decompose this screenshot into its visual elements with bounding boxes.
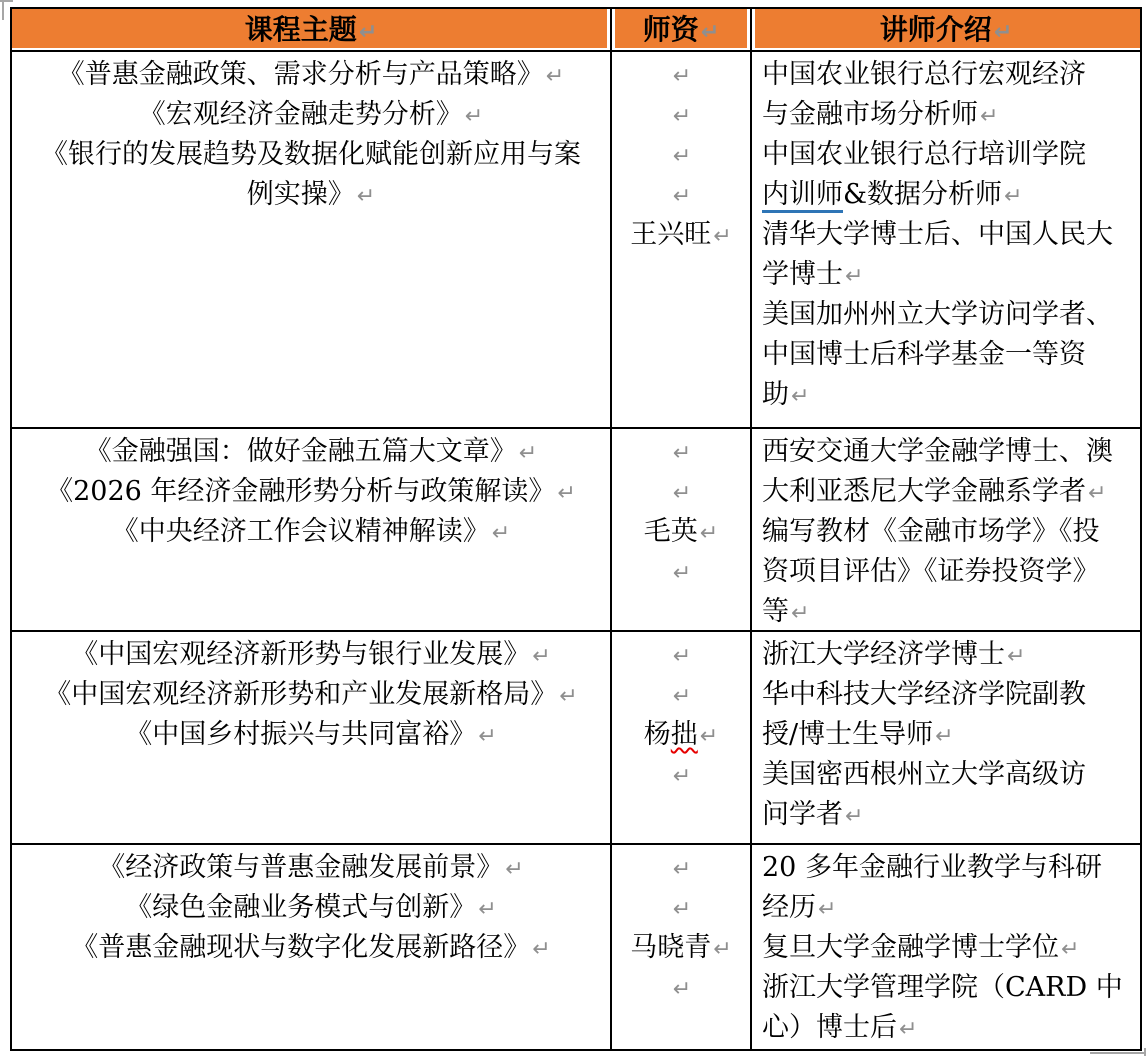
- text-segment: 心）博士后: [762, 1012, 897, 1043]
- paragraph-mark-icon: ↵: [845, 804, 863, 829]
- header-label-topics: 课程主题: [245, 13, 357, 46]
- text-segment: 《中央经济工作会议精神解读》: [112, 516, 490, 547]
- text-line: ↵: [612, 635, 750, 675]
- paragraph-mark-icon: ↵: [700, 521, 718, 546]
- paragraph-mark-icon: ↵: [478, 897, 496, 922]
- paragraph-mark-icon: ↵: [673, 184, 691, 209]
- paragraph-mark-icon: ↵: [357, 184, 375, 209]
- paragraph-mark-icon: ↵: [1061, 937, 1079, 962]
- text-line: 中国博士后科学基金一等资: [762, 335, 1134, 375]
- paragraph-mark-icon: ↵: [713, 224, 731, 249]
- text-line: 中国农业银行总行培训学院: [762, 135, 1134, 175]
- text-line: 等↵: [762, 592, 1134, 630]
- text-segment: 复旦大学金融学博士学位: [762, 932, 1059, 963]
- text-line: 助↵: [762, 375, 1134, 415]
- intro-cell[interactable]: 西安交通大学金融学博士、澳大利亚悉尼大学金融系学者↵编写教材《金融市场学》《投资…: [752, 429, 1140, 630]
- paragraph-mark-icon: ↵: [673, 144, 691, 169]
- text-segment: 《中国宏观经济新形势和产业发展新格局》: [44, 679, 557, 710]
- paragraph-mark-icon: ↵: [673, 104, 691, 129]
- text-segment: 中国农业银行总行培训学院: [762, 139, 1086, 170]
- text-line: 清华大学博士后、中国人民大: [762, 215, 1134, 255]
- text-line: 心）博士后↵: [762, 1008, 1134, 1048]
- text-segment: 美国加州州立大学访问学者、: [762, 299, 1113, 330]
- text-line: 《中国宏观经济新形势和产业发展新格局》↵: [12, 675, 610, 715]
- text-line: 《中国宏观经济新形势与银行业发展》↵: [12, 635, 610, 675]
- text-segment: 马晓青: [630, 932, 711, 963]
- text-segment: 《绿色金融业务模式与创新》: [125, 892, 476, 923]
- text-line: 经历↵: [762, 888, 1134, 928]
- paragraph-mark-icon: ↵: [673, 481, 691, 506]
- text-segment: 《普惠金融现状与数字化发展新路径》: [71, 932, 530, 963]
- paragraph-mark-icon: ↵: [1088, 481, 1106, 506]
- paragraph-mark-icon: ↵: [994, 20, 1012, 45]
- text-line: 浙江大学经济学博士↵: [762, 635, 1134, 675]
- text-segment: 《2026 年经济金融形势分析与政策解读》: [46, 476, 555, 507]
- text-line: 华中科技大学经济学院副教: [762, 675, 1134, 715]
- paragraph-mark-icon: ↵: [465, 104, 483, 129]
- text-line: ↵: [612, 848, 750, 888]
- page-corner-mark-top-left: [2, 0, 4, 20]
- paragraph-mark-icon: ↵: [359, 20, 377, 45]
- text-line: 学博士↵: [762, 255, 1134, 295]
- paragraph-mark-icon: ↵: [791, 601, 809, 626]
- text-segment: 浙江大学经济学博士: [762, 639, 1005, 670]
- intro-cell[interactable]: 浙江大学经济学博士↵华中科技大学经济学院副教授/博士生导师↵美国密西根州立大学高…: [752, 632, 1140, 843]
- text-segment: 《中国乡村振兴与共同富裕》: [125, 719, 476, 750]
- text-line: ↵: [612, 888, 750, 928]
- intro-cell[interactable]: 中国农业银行总行宏观经济与金融市场分析师↵中国农业银行总行培训学院内训师&数据分…: [752, 52, 1140, 427]
- text-line: 《中央经济工作会议精神解读》↵: [12, 512, 610, 552]
- faculty-cell[interactable]: ↵↵毛英↵↵: [612, 429, 750, 630]
- text-line: 毛英↵: [612, 512, 750, 552]
- text-segment: 助: [762, 379, 789, 410]
- paragraph-mark-icon: ↵: [673, 441, 691, 466]
- text-segment: 《经济政策与普惠金融发展前景》: [98, 852, 503, 883]
- paragraph-mark-icon: ↵: [532, 644, 550, 669]
- text-segment: 例实操》: [247, 179, 355, 210]
- topics-cell[interactable]: 《经济政策与普惠金融发展前景》↵《绿色金融业务模式与创新》↵《普惠金融现状与数字…: [12, 845, 610, 1049]
- text-segment: 华中科技大学经济学院副教: [762, 679, 1086, 710]
- paragraph-mark-icon: ↵: [505, 857, 523, 882]
- text-segment: 《中国宏观经济新形势与银行业发展》: [71, 639, 530, 670]
- faculty-cell[interactable]: ↵↵马晓青↵↵: [612, 845, 750, 1049]
- text-segment: 清华大学博士后、中国人民大: [762, 219, 1113, 250]
- text-line: 资项目评估》《证券投资学》: [762, 552, 1134, 592]
- text-segment: 王兴旺: [630, 219, 711, 250]
- document-page: { "formatting": { "pilcrow_char": "↵", "…: [0, 0, 1148, 1058]
- paragraph-mark-icon: ↵: [935, 724, 953, 749]
- paragraph-mark-icon: ↵: [673, 977, 691, 1002]
- text-segment: 中国博士后科学基金一等资: [762, 339, 1086, 370]
- paragraph-mark-icon: ↵: [478, 724, 496, 749]
- faculty-cell[interactable]: ↵↵↵↵王兴旺↵: [612, 52, 750, 427]
- text-segment: 大利亚悉尼大学金融系学者: [762, 476, 1086, 507]
- text-line: 《金融强国：做好金融五篇大文章》↵: [12, 432, 610, 472]
- text-line: 授/博士生导师↵: [762, 715, 1134, 755]
- grammar-underline-text: 内训师: [762, 179, 843, 213]
- paragraph-mark-icon: ↵: [791, 384, 809, 409]
- text-line: 内训师&数据分析师↵: [762, 175, 1134, 215]
- text-line: ↵: [612, 135, 750, 175]
- text-line: 杨拙↵: [612, 715, 750, 755]
- paragraph-mark-icon: ↵: [818, 897, 836, 922]
- text-line: 《普惠金融现状与数字化发展新路径》↵: [12, 928, 610, 968]
- page-corner-mark-bottom-right: [1144, 1048, 1146, 1056]
- text-line: 大利亚悉尼大学金融系学者↵: [762, 472, 1134, 512]
- paragraph-mark-icon: ↵: [559, 684, 577, 709]
- topics-cell[interactable]: 《普惠金融政策、需求分析与产品策略》↵《宏观经济金融走势分析》↵《银行的发展趋势…: [12, 52, 610, 427]
- text-line: 复旦大学金融学博士学位↵: [762, 928, 1134, 968]
- faculty-cell[interactable]: ↵↵杨拙↵↵: [612, 632, 750, 843]
- text-line: ↵: [612, 675, 750, 715]
- text-segment: 毛英: [644, 516, 698, 547]
- header-label-intro: 讲师介绍: [880, 13, 992, 46]
- text-line: 与金融市场分析师↵: [762, 95, 1134, 135]
- paragraph-mark-icon: ↵: [673, 561, 691, 586]
- text-line: ↵: [612, 55, 750, 95]
- text-segment: 杨: [644, 719, 671, 750]
- text-segment: 《宏观经济金融走势分析》: [139, 99, 463, 130]
- text-segment: 编写教材《金融市场学》《投: [762, 516, 1100, 547]
- text-line: 西安交通大学金融学博士、澳: [762, 432, 1134, 472]
- text-line: 《经济政策与普惠金融发展前景》↵: [12, 848, 610, 888]
- paragraph-mark-icon: ↵: [673, 64, 691, 89]
- text-segment: 《普惠金融政策、需求分析与产品策略》: [58, 59, 544, 90]
- paragraph-mark-icon: ↵: [673, 684, 691, 709]
- paragraph-mark-icon: ↵: [899, 1017, 917, 1042]
- paragraph-mark-icon: ↵: [557, 481, 575, 506]
- header-cell-topics[interactable]: 课程主题↵: [12, 9, 610, 50]
- text-line: ↵: [612, 968, 750, 1008]
- text-line: 《中国乡村振兴与共同富裕》↵: [12, 715, 610, 755]
- paragraph-mark-icon: ↵: [673, 857, 691, 882]
- page-corner-mark-top-left: [0, 0, 13, 2]
- text-line: 《普惠金融政策、需求分析与产品策略》↵: [12, 55, 610, 95]
- spell-error-text: 拙: [671, 719, 698, 750]
- intro-cell[interactable]: 20 多年金融行业教学与科研经历↵复旦大学金融学博士学位↵浙江大学管理学院（CA…: [752, 845, 1140, 1049]
- paragraph-mark-icon: ↵: [845, 264, 863, 289]
- paragraph-mark-icon: ↵: [980, 104, 998, 129]
- text-line: 《绿色金融业务模式与创新》↵: [12, 888, 610, 928]
- text-segment: 浙江大学管理学院（CARD 中: [762, 972, 1123, 1003]
- paragraph-mark-icon: ↵: [1004, 184, 1022, 209]
- paragraph-mark-icon: ↵: [519, 441, 537, 466]
- text-line: 《2026 年经济金融形势分析与政策解读》↵: [12, 472, 610, 512]
- header-cell-faculty[interactable]: 师资↵: [612, 9, 750, 50]
- course-table: 课程主题↵ 师资↵ 讲师介绍↵ 《普惠金融政策、需求分析与产品策略》↵《宏观经济…: [10, 7, 1142, 1051]
- paragraph-mark-icon: ↵: [532, 937, 550, 962]
- text-segment: 中国农业银行总行宏观经济: [762, 59, 1086, 90]
- text-line: 浙江大学管理学院（CARD 中: [762, 968, 1134, 1008]
- header-cell-intro[interactable]: 讲师介绍↵: [752, 9, 1140, 50]
- topics-cell[interactable]: 《中国宏观经济新形势与银行业发展》↵《中国宏观经济新形势和产业发展新格局》↵《中…: [12, 632, 610, 843]
- text-line: ↵: [612, 95, 750, 135]
- text-line: 编写教材《金融市场学》《投: [762, 512, 1134, 552]
- paragraph-mark-icon: ↵: [673, 897, 691, 922]
- text-segment: 经历: [762, 892, 816, 923]
- paragraph-mark-icon: ↵: [546, 64, 564, 89]
- text-segment: 《金融强国：做好金融五篇大文章》: [85, 436, 517, 467]
- paragraph-mark-icon: ↵: [673, 644, 691, 669]
- text-line: 问学者↵: [762, 795, 1134, 835]
- text-line: ↵: [612, 472, 750, 512]
- paragraph-mark-icon: ↵: [713, 937, 731, 962]
- page-corner-mark-bottom-right: [1090, 1052, 1146, 1054]
- text-segment: 资项目评估》《证券投资学》: [762, 556, 1100, 587]
- text-line: 《宏观经济金融走势分析》↵: [12, 95, 610, 135]
- text-line: ↵: [612, 552, 750, 592]
- header-label-faculty: 师资: [643, 13, 699, 46]
- text-line: ↵: [612, 755, 750, 795]
- text-line: 马晓青↵: [612, 928, 750, 968]
- text-line: 王兴旺↵: [612, 215, 750, 255]
- topics-cell[interactable]: 《金融强国：做好金融五篇大文章》↵《2026 年经济金融形势分析与政策解读》↵《…: [12, 429, 610, 630]
- paragraph-mark-icon: ↵: [701, 20, 719, 45]
- paragraph-mark-icon: ↵: [700, 724, 718, 749]
- paragraph-mark-icon: ↵: [673, 764, 691, 789]
- text-segment: 西安交通大学金融学博士、澳: [762, 436, 1113, 467]
- text-segment: 等: [762, 596, 789, 627]
- text-line: 例实操》↵: [12, 175, 610, 215]
- text-segment: 问学者: [762, 799, 843, 830]
- text-segment: 《银行的发展趋势及数据化赋能创新应用与案: [41, 139, 581, 170]
- text-segment: 与金融市场分析师: [762, 99, 978, 130]
- text-line: 《银行的发展趋势及数据化赋能创新应用与案: [12, 135, 610, 175]
- text-segment: 20 多年金融行业教学与科研: [762, 852, 1102, 883]
- paragraph-mark-icon: ↵: [1007, 644, 1025, 669]
- text-segment: 学博士: [762, 259, 843, 290]
- text-segment: 授/博士生导师: [762, 719, 933, 750]
- text-segment: 美国密西根州立大学高级访: [762, 759, 1086, 790]
- paragraph-mark-icon: ↵: [492, 521, 510, 546]
- text-line: ↵: [612, 432, 750, 472]
- text-line: 中国农业银行总行宏观经济: [762, 55, 1134, 95]
- text-line: 美国密西根州立大学高级访: [762, 755, 1134, 795]
- text-line: ↵: [612, 175, 750, 215]
- text-segment: &数据分析师: [843, 179, 1002, 210]
- text-line: 美国加州州立大学访问学者、: [762, 295, 1134, 335]
- text-line: 20 多年金融行业教学与科研: [762, 848, 1134, 888]
